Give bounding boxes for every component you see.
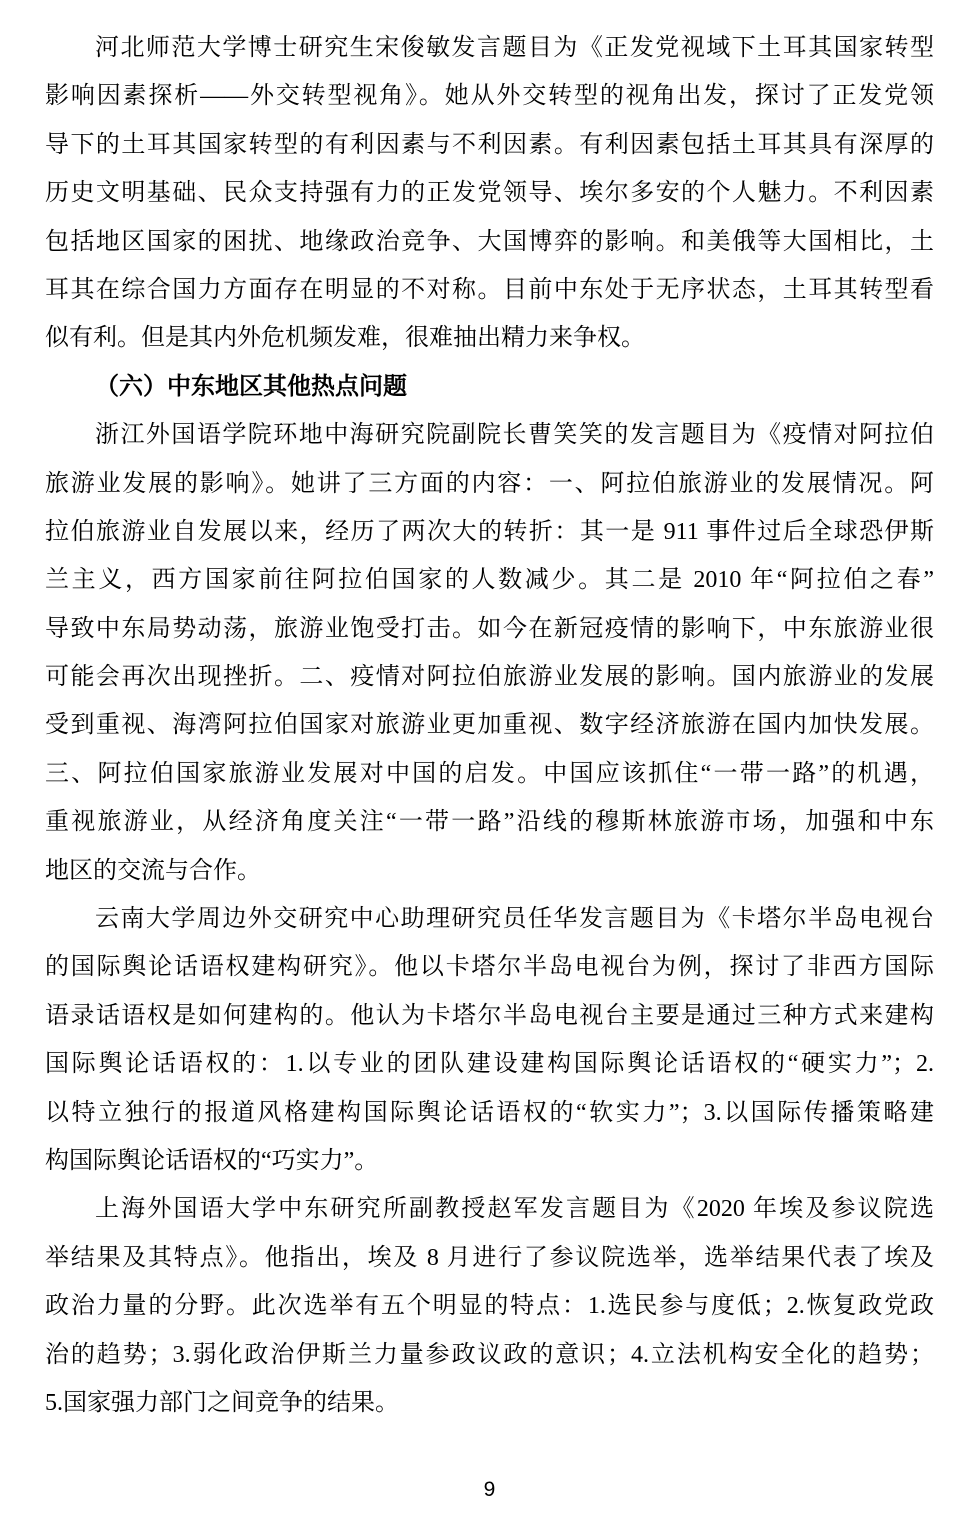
page-number: 9: [0, 1478, 979, 1502]
paragraph-line: 治的趋势；3.弱化政治伊斯兰力量参政议政的意识；4.立法机构安全化的趋势；: [45, 1331, 934, 1379]
paragraph-line: 5.国家强力部门之间竞争的结果。: [45, 1379, 934, 1427]
paragraph-line: 国际舆论话语权的：1.以专业的团队建设建构国际舆论话语权的“硬实力”；2.: [45, 1040, 934, 1088]
paragraph-line: 导下的土耳其国家转型的有利因素与不利因素。有利因素包括土耳其具有深厚的: [45, 121, 934, 169]
paragraph-line: 导致中东局势动荡，旅游业饱受打击。如今在新冠疫情的影响下，中东旅游业很: [45, 605, 934, 653]
paragraph-line: 三、阿拉伯国家旅游业发展对中国的启发。中国应该抓住“一带一路”的机遇，: [45, 750, 934, 798]
paragraph-line: 的国际舆论话语权建构研究》。他以卡塔尔半岛电视台为例，探讨了非西方国际: [45, 943, 934, 991]
paragraph-line: 似有利。但是其内外危机频发难，很难抽出精力来争权。: [45, 314, 934, 362]
paragraph: 云南大学周边外交研究中心助理研究员任华发言题目为《卡塔尔半岛电视台 的国际舆论话…: [45, 895, 934, 1185]
paragraph-line: 举结果及其特点》。他指出，埃及 8 月进行了参议院选举，选举结果代表了埃及: [45, 1234, 934, 1282]
document-body: 河北师范大学博士研究生宋俊敏发言题目为《正发党视域下土耳其国家转型 影响因素探析…: [45, 24, 934, 1427]
paragraph-line: 构国际舆论话语权的“巧实力”。: [45, 1137, 934, 1185]
paragraph-line: 河北师范大学博士研究生宋俊敏发言题目为《正发党视域下土耳其国家转型: [45, 24, 934, 72]
paragraph-line: 耳其在综合国力方面存在明显的不对称。目前中东处于无序状态，土耳其转型看: [45, 266, 934, 314]
paragraph-line: 包括地区国家的困扰、地缘政治竞争、大国博弈的影响。和美俄等大国相比，土: [45, 218, 934, 266]
paragraph-line: 可能会再次出现挫折。二、疫情对阿拉伯旅游业发展的影响。国内旅游业的发展: [45, 653, 934, 701]
paragraph-line: 语录话语权是如何建构的。他认为卡塔尔半岛电视台主要是通过三种方式来建构: [45, 992, 934, 1040]
paragraph-line: 浙江外国语学院环地中海研究院副院长曹笑笑的发言题目为《疫情对阿拉伯: [45, 411, 934, 459]
paragraph-line: 重视旅游业，从经济角度关注“一带一路”沿线的穆斯林旅游市场，加强和中东: [45, 798, 934, 846]
paragraph-line: 上海外国语大学中东研究所副教授赵军发言题目为《2020 年埃及参议院选: [45, 1185, 934, 1233]
paragraph: 上海外国语大学中东研究所副教授赵军发言题目为《2020 年埃及参议院选 举结果及…: [45, 1185, 934, 1427]
paragraph-line: 影响因素探析——外交转型视角》。她从外交转型的视角出发，探讨了正发党领: [45, 72, 934, 120]
paragraph-line: 以特立独行的报道风格建构国际舆论话语权的“软实力”；3.以国际传播策略建: [45, 1089, 934, 1137]
paragraph-line: 历史文明基础、民众支持强有力的正发党领导、埃尔多安的个人魅力。不利因素: [45, 169, 934, 217]
paragraph-line: 拉伯旅游业自发展以来，经历了两次大的转折：其一是 911 事件过后全球恐伊斯: [45, 508, 934, 556]
paragraph: 浙江外国语学院环地中海研究院副院长曹笑笑的发言题目为《疫情对阿拉伯 旅游业发展的…: [45, 411, 934, 895]
paragraph-line: 地区的交流与合作。: [45, 847, 934, 895]
paragraph: 河北师范大学博士研究生宋俊敏发言题目为《正发党视域下土耳其国家转型 影响因素探析…: [45, 24, 934, 363]
paragraph-line: 兰主义，西方国家前往阿拉伯国家的人数减少。其二是 2010 年“阿拉伯之春”: [45, 556, 934, 604]
paragraph-line: 政治力量的分野。此次选举有五个明显的特点：1.选民参与度低；2.恢复政党政: [45, 1282, 934, 1330]
section-heading: （六）中东地区其他热点问题: [45, 363, 934, 411]
paragraph-line: 受到重视、海湾阿拉伯国家对旅游业更加重视、数字经济旅游在国内加快发展。: [45, 701, 934, 749]
paragraph-line: 云南大学周边外交研究中心助理研究员任华发言题目为《卡塔尔半岛电视台: [45, 895, 934, 943]
paragraph-line: 旅游业发展的影响》。她讲了三方面的内容：一、阿拉伯旅游业的发展情况。阿: [45, 460, 934, 508]
document-page: 河北师范大学博士研究生宋俊敏发言题目为《正发党视域下土耳其国家转型 影响因素探析…: [0, 0, 979, 1524]
